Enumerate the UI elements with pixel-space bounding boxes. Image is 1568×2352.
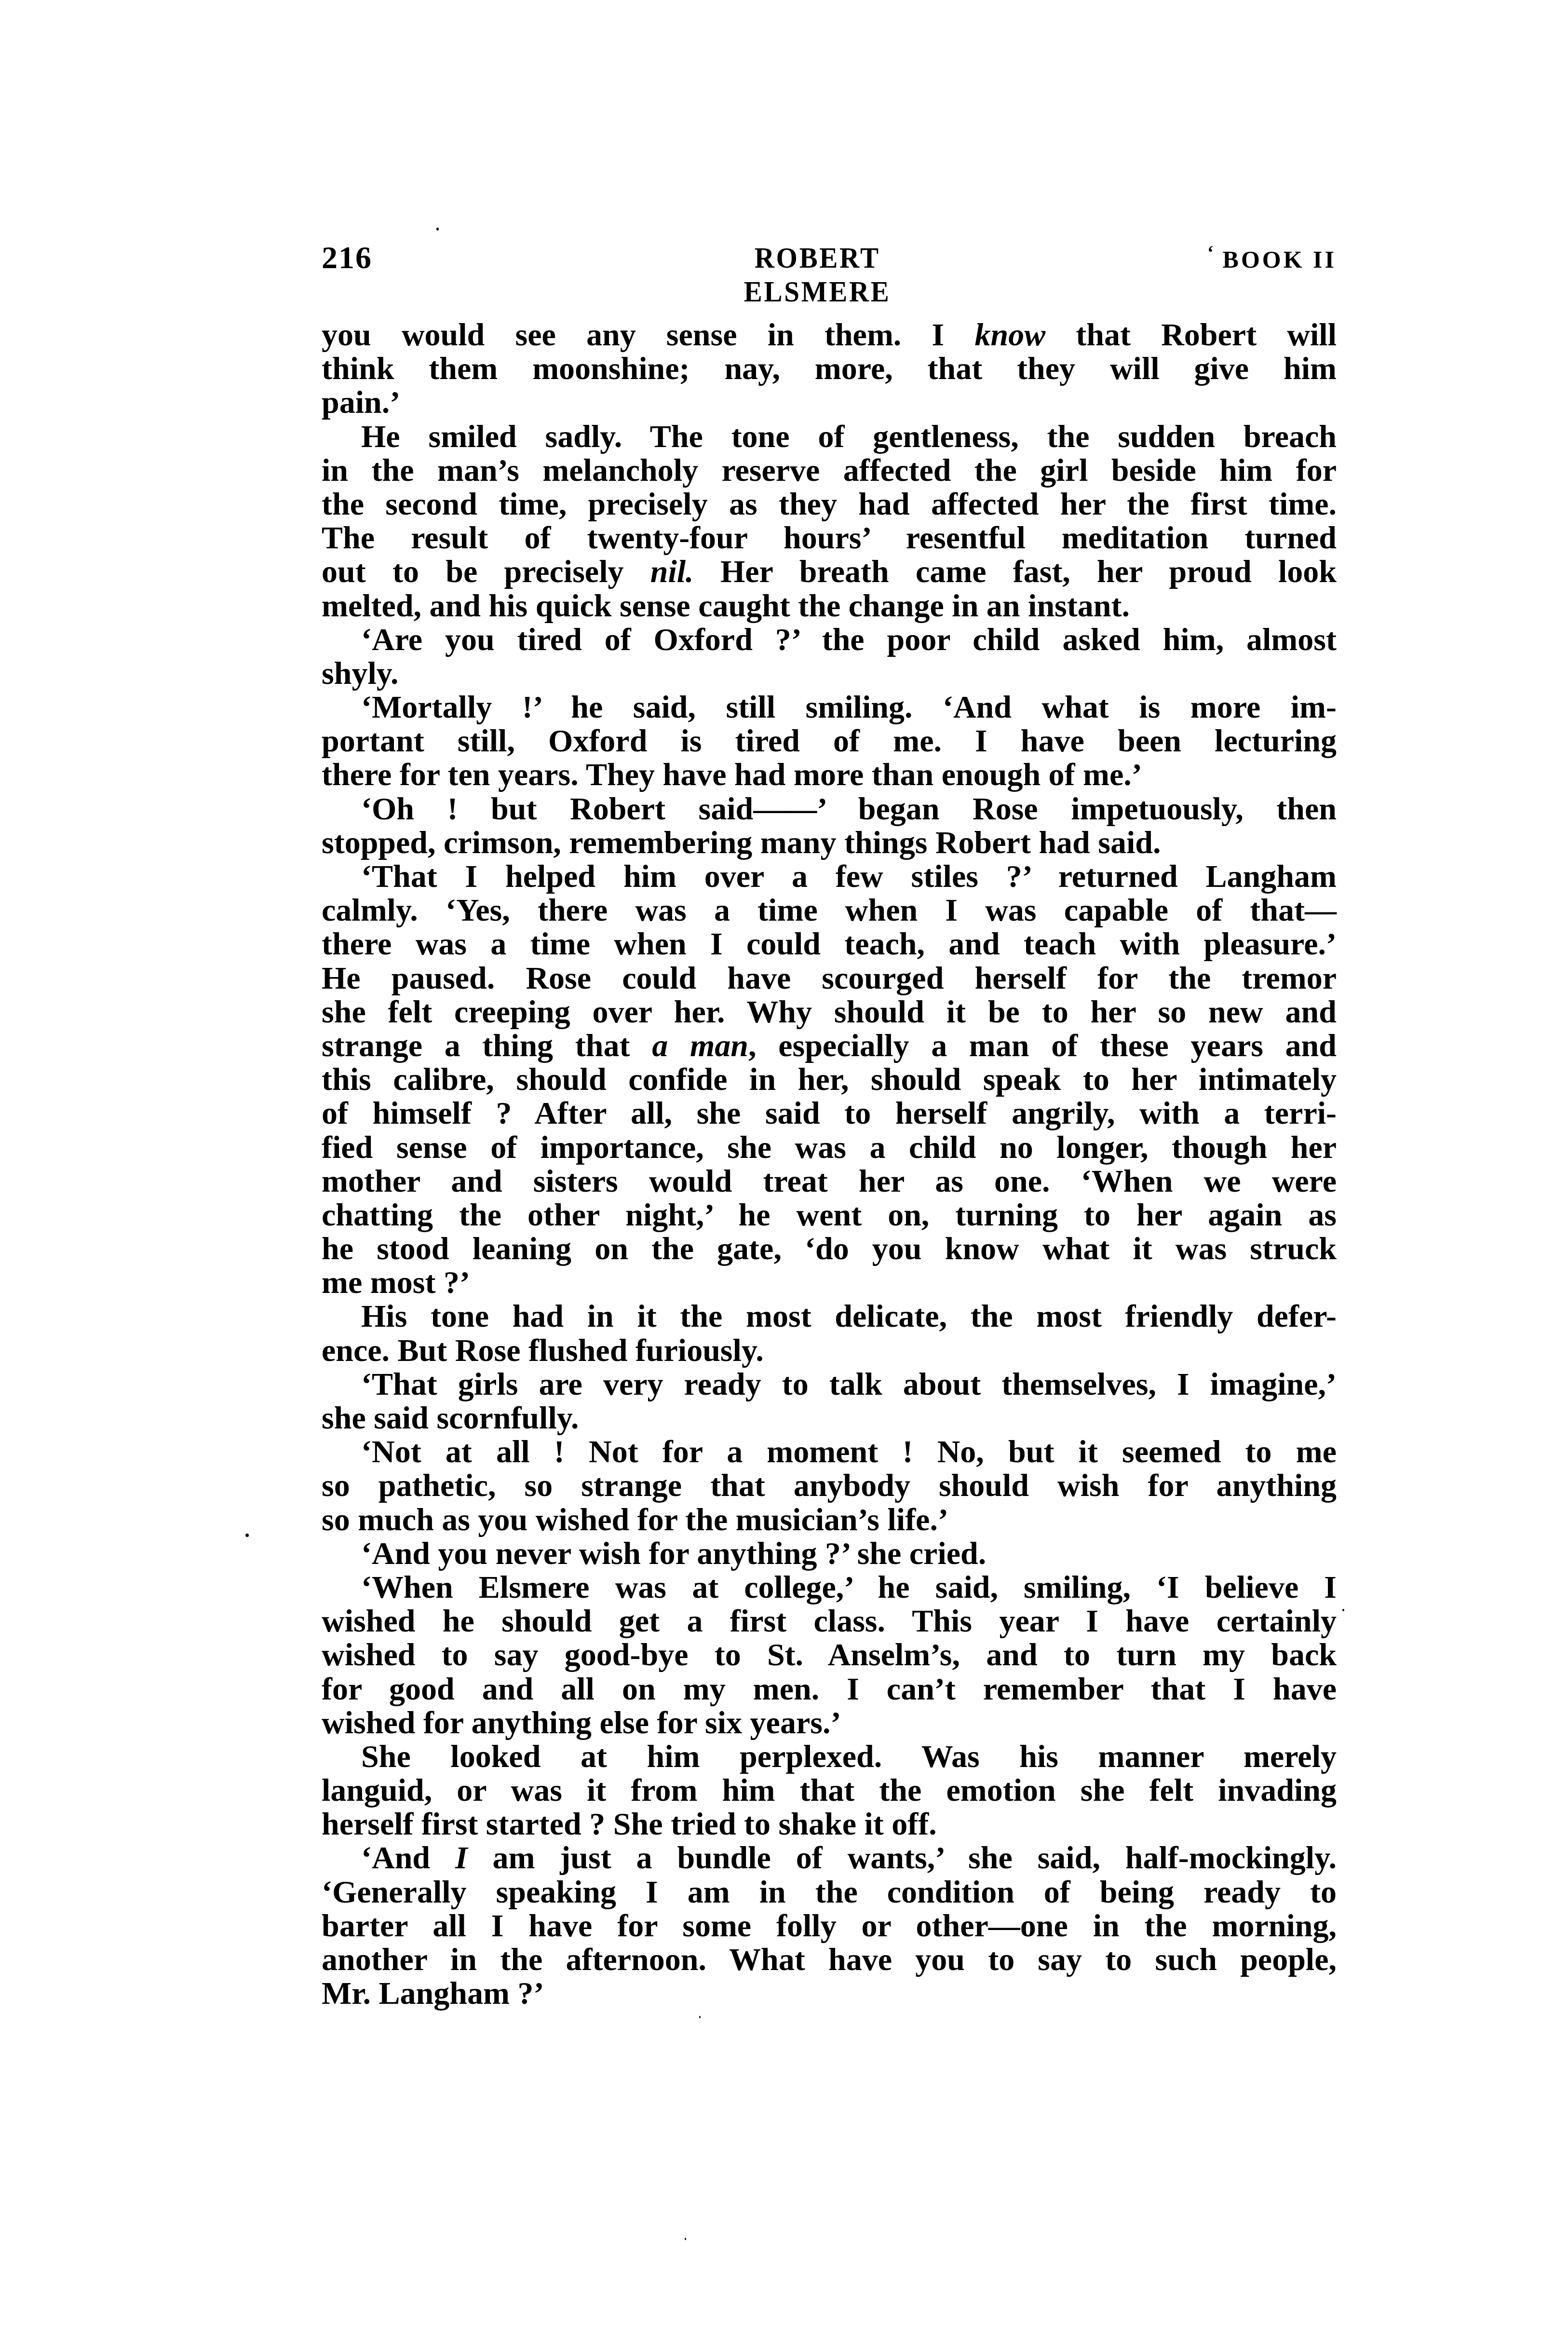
text-line: out to be precisely nil. Her breath came…: [322, 555, 1337, 589]
text-line: wished for anything else for six years.’: [322, 1706, 1337, 1740]
text-line: you would see any sense in them. I know …: [322, 318, 1337, 352]
print-speck: [685, 2238, 686, 2240]
text-line: she said scornfully.: [322, 1401, 1337, 1435]
text-line: ‘Generally speaking I am in the conditio…: [322, 1876, 1337, 1909]
text-line: She looked at him perplexed. Was his man…: [322, 1740, 1337, 1774]
page-number: 216: [322, 241, 372, 275]
text-line: mother and sisters would treat her as on…: [322, 1165, 1337, 1198]
italic-emphasis: nil.: [650, 554, 694, 589]
text-line: strange a thing that a man, especially a…: [322, 1029, 1337, 1063]
text-line: shyly.: [322, 657, 1337, 691]
text-line: ‘Mortally !’ he said, still smiling. ‘An…: [322, 691, 1337, 724]
text-line: the second time, precisely as they had a…: [322, 488, 1337, 521]
text-line: languid, or was it from him that the emo…: [322, 1774, 1337, 1808]
text-line: pain.’: [322, 386, 1337, 420]
text-line: ‘And you never wish for anything ?’ she …: [322, 1537, 1337, 1571]
text-line: chatting the other night,’ he went on, t…: [322, 1198, 1337, 1232]
text-line: another in the afternoon. What have you …: [322, 1943, 1337, 1977]
text-line: Mr. Langham ?’: [322, 1977, 1337, 2011]
text-line: me most ?’: [322, 1266, 1337, 1300]
text-line: He smiled sadly. The tone of gentleness,…: [322, 420, 1337, 454]
print-speck: [699, 2016, 701, 2018]
text-line: He paused. Rose could have scourged hers…: [322, 962, 1337, 995]
text-line: think them moonshine; nay, more, that th…: [322, 352, 1337, 386]
text-line: there was a time when I could teach, and…: [322, 927, 1337, 961]
italic-emphasis: I: [455, 1840, 468, 1876]
text-line: barter all I have for some folly or othe…: [322, 1909, 1337, 1943]
running-header: 216 ROBERT ELSMERE ‘ BOOK II: [322, 241, 1337, 275]
text-line: fied sense of importance, she was a chil…: [322, 1131, 1337, 1165]
text-line: The result of twenty-four hours’ resentf…: [322, 521, 1337, 555]
text-line: she felt creeping over her. Why should i…: [322, 995, 1337, 1029]
print-speck: [1342, 1609, 1344, 1611]
italic-emphasis: a man: [652, 1028, 748, 1063]
text-line: he stood leaning on the gate, ‘do you kn…: [322, 1232, 1337, 1266]
text-line: so pathetic, so strange that anybody sho…: [322, 1469, 1337, 1503]
text-line: ‘Not at all ! Not for a moment ! No, but…: [322, 1435, 1337, 1469]
text-line: ‘Oh ! but Robert said——’ began Rose impe…: [322, 792, 1337, 826]
book-page: 216 ROBERT ELSMERE ‘ BOOK II you would s…: [0, 0, 1568, 2352]
text-line: there for ten years. They have had more …: [322, 758, 1337, 792]
text-line: wished he should get a first class. This…: [322, 1604, 1337, 1638]
print-speck: [436, 228, 439, 231]
text-line: calmly. ‘Yes, there was a time when I wa…: [322, 894, 1337, 927]
text-line: this calibre, should confide in her, sho…: [322, 1063, 1337, 1097]
print-speck: [245, 1534, 249, 1537]
text-line: ‘When Elsmere was at college,’ he said, …: [322, 1571, 1337, 1604]
text-line: so much as you wished for the musician’s…: [322, 1503, 1337, 1537]
text-line: ‘And I am just a bundle of wants,’ she s…: [322, 1841, 1337, 1875]
text-line: ‘Are you tired of Oxford ?’ the poor chi…: [322, 623, 1337, 657]
running-title: ROBERT ELSMERE: [680, 241, 955, 309]
text-line: melted, and his quick sense caught the c…: [322, 589, 1337, 623]
book-section-label: BOOK II: [1223, 244, 1337, 275]
text-line: His tone had in it the most delicate, th…: [322, 1300, 1337, 1333]
text-line: of himself ? After all, she said to hers…: [322, 1097, 1337, 1130]
page-body-text: you would see any sense in them. I know …: [322, 318, 1337, 2011]
text-line: stopped, crimson, remembering many thing…: [322, 826, 1337, 860]
text-line: wished to say good-bye to St. Anselm’s, …: [322, 1638, 1337, 1672]
text-line: for good and all on my men. I can’t reme…: [322, 1672, 1337, 1706]
italic-emphasis: know: [974, 317, 1045, 353]
text-line: ‘That I helped him over a few stiles ?’ …: [322, 860, 1337, 894]
print-mark: ‘: [1207, 243, 1214, 262]
text-line: ‘That girls are very ready to talk about…: [322, 1368, 1337, 1401]
text-line: portant still, Oxford is tired of me. I …: [322, 724, 1337, 758]
text-line: in the man’s melancholy reserve affected…: [322, 454, 1337, 488]
text-line: ence. But Rose flushed furiously.: [322, 1334, 1337, 1368]
text-line: herself first started ? She tried to sha…: [322, 1808, 1337, 1841]
